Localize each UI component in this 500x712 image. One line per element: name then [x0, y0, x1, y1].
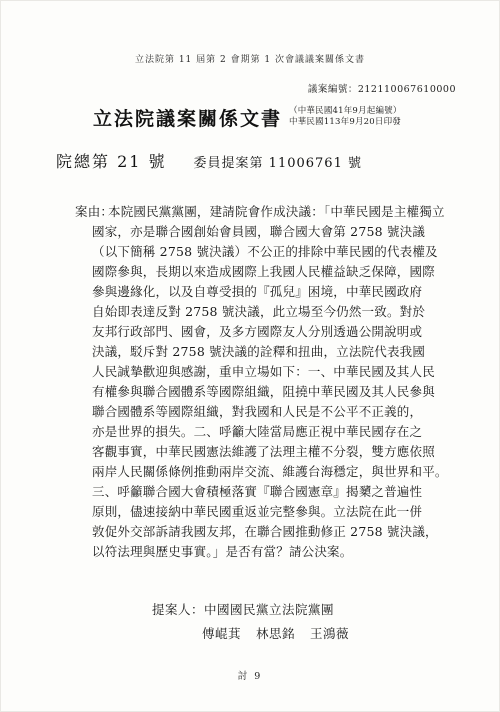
- case-summary-block: 案由： 本院國民黨黨團，建請院會作成決議：「中華民國是主權獨立國家，亦是聯合國創…: [75, 202, 447, 562]
- body-line: 國家，亦是聯合國創始會員國，聯合國大會第 2758 號決議: [92, 222, 447, 242]
- general-number: 院總第 21 號: [56, 149, 167, 172]
- body-line: （以下簡稱 2758 號決議）不公正的排除中華民國的代表權及: [92, 242, 447, 262]
- title-notes: （中華民國41年9月起編號） 中華民國113年9月20日印發: [289, 106, 402, 128]
- signatories: 傅崐萁林思銘王鴻薇: [202, 624, 349, 642]
- body-line: 參與邊緣化，以及自尊受損的『孤兒』困境，中華民國政府: [92, 282, 447, 302]
- title-row: 立法院議案關係文書 （中華民國41年9月起編號） 中華民國113年9月20日印發: [93, 104, 402, 131]
- case-number: 議案編號：212110067610000: [308, 81, 456, 95]
- body-line: 決議，駁斥對 2758 號決議的詮釋和扭曲，立法院代表我國: [92, 342, 447, 362]
- body-line: 有權參與聯合國體系等國際組織，阻撓中華民國及其人民參與: [92, 382, 447, 402]
- body-line: 本院國民黨黨團，建請院會作成決議：「中華民國是主權獨立: [92, 202, 447, 222]
- proposal-number: 委員提案第 11006761 號: [194, 152, 362, 171]
- signatory-name: 林思銘: [256, 626, 295, 641]
- body-line: 亦是世界的損失。二、呼籲大陸當局應正視中華民國存在之: [92, 422, 447, 442]
- body-line: 人民誠摯歡迎與感謝，重申立場如下：一、中華民國及其人民: [92, 362, 447, 382]
- body-line: 兩岸人民關係條例推動兩岸交流、維護台海穩定，與世界和平。: [92, 462, 447, 482]
- body-line: 聯合國體系等國際組織，對我國和人民是不公平不正義的，: [92, 402, 447, 422]
- body-line: 敦促外交部訴請我國友邦，在聯合國推動修正 2758 號決議，: [92, 522, 447, 542]
- case-summary-text: 本院國民黨黨團，建請院會作成決議：「中華民國是主權獨立國家，亦是聯合國創始會員國…: [75, 202, 447, 562]
- document-title: 立法院議案關係文書: [93, 104, 282, 131]
- body-line: 以符法理與歷史事實。」是否有當？請公決案。: [92, 542, 447, 562]
- legislative-document-page: 立法院第 11 屆第 2 會期第 1 次會議議案關係文書 議案編號：212110…: [0, 0, 500, 712]
- title-note-print-date: 中華民國113年9月20日印發: [289, 117, 402, 128]
- signatory-name: 王鴻薇: [310, 626, 349, 641]
- body-line: 國際參與，長期以來造成國際上我國人民權益缺乏保障，國際: [92, 262, 447, 282]
- signatory-name: 傅崐萁: [202, 626, 241, 641]
- body-line: 原則，儘速接納中華民國重返並完整參與。立法院在此一併: [92, 502, 447, 522]
- body-line: 自始即表達反對 2758 號決議，此立場至今仍然一致。對於: [92, 302, 447, 322]
- proposer-line: 提案人：中國國民黨立法院黨團: [152, 600, 334, 618]
- session-header: 立法院第 11 屆第 2 會期第 1 次會議議案關係文書: [0, 52, 500, 65]
- case-summary-label: 案由：: [75, 202, 113, 222]
- title-note-numbering: （中華民國41年9月起編號）: [289, 106, 402, 117]
- body-line: 三、呼籲聯合國大會積極落實『聯合國憲章』揭櫫之普遍性: [92, 482, 447, 502]
- body-line: 客觀事實，中華民國憲法維護了法理主權不分裂，雙方應依照: [92, 442, 447, 462]
- page-marker: 討 9: [0, 668, 500, 682]
- body-line: 友邦行政部門、國會，及多方國際友人分別透過公開說明或: [92, 322, 447, 342]
- document-numbers: 院總第 21 號 委員提案第 11006761 號: [56, 149, 362, 172]
